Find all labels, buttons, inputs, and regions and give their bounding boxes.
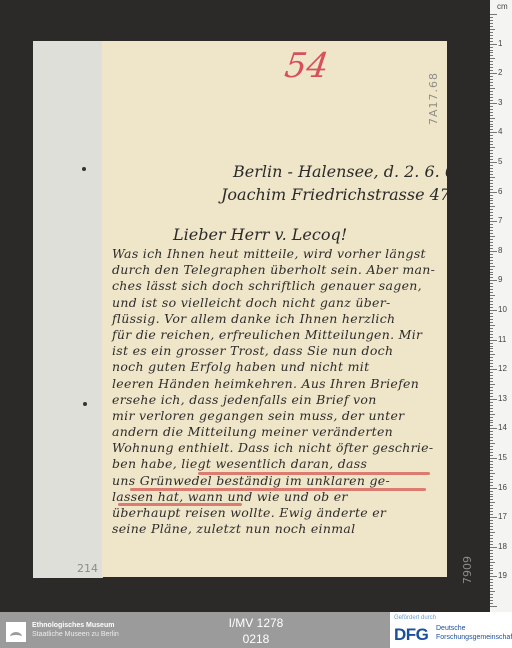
- ruler-tick: [490, 162, 497, 163]
- salutation: Lieber Herr v. Lecoq!: [173, 225, 347, 244]
- ruler-tick: [490, 547, 497, 548]
- ruler-tick: [490, 499, 493, 500]
- ruler-tick: [490, 174, 493, 175]
- ruler-tick: [490, 221, 497, 222]
- ruler-label: 16: [498, 483, 507, 492]
- ruler-tick: [490, 597, 493, 598]
- red-underline: [118, 503, 242, 506]
- ruler-label: 6: [498, 187, 502, 196]
- ruler-tick: [490, 165, 493, 166]
- ruler-tick: [490, 310, 497, 311]
- ruler-tick: [490, 372, 493, 373]
- body-line: durch den Telegraphen überholt sein. Abe…: [112, 262, 435, 278]
- ruler-tick: [490, 58, 495, 59]
- ruler-tick: [490, 277, 493, 278]
- ruler-tick: [490, 467, 493, 468]
- ruler-tick: [490, 272, 493, 273]
- ruler-tick: [490, 458, 497, 459]
- ruler-tick: [490, 180, 493, 181]
- funder-name-line1: Deutsche: [436, 625, 466, 632]
- ruler-tick: [490, 343, 493, 344]
- ruler-tick: [490, 538, 493, 539]
- ruler-tick: [490, 76, 493, 77]
- cm-ruler: cm 12345678910111213141516171819: [490, 0, 512, 612]
- ruler-tick: [490, 189, 493, 190]
- punch-hole: [82, 167, 86, 171]
- ruler-tick: [490, 437, 493, 438]
- ruler-tick: [490, 41, 493, 42]
- ruler-tick: [490, 443, 495, 444]
- ruler-tick: [490, 73, 497, 74]
- ruler-tick: [490, 420, 493, 421]
- ruler-tick: [490, 215, 493, 216]
- ruler-tick: [490, 585, 493, 586]
- body-line: ist es ein grosser Trost, dass Sie nun d…: [112, 343, 435, 359]
- ruler-label: 17: [498, 512, 507, 521]
- ruler-tick: [490, 488, 497, 489]
- ruler-tick: [490, 369, 497, 370]
- ruler-tick: [490, 319, 493, 320]
- ruler-tick: [490, 354, 495, 355]
- ruler-tick: [490, 283, 493, 284]
- ruler-tick: [490, 144, 493, 145]
- funder-name-line2: Forschungsgemeinschaft: [436, 634, 512, 641]
- ruler-tick: [490, 411, 493, 412]
- ruler-tick: [490, 85, 493, 86]
- body-line: Wohnung enthielt. Dass ich nicht öfter g…: [112, 440, 435, 456]
- ruler-tick: [490, 295, 495, 296]
- ruler-tick: [490, 44, 497, 45]
- folio-number: 54: [282, 46, 331, 86]
- ruler-tick: [490, 292, 493, 293]
- ruler-tick: [490, 582, 493, 583]
- ruler-tick: [490, 496, 493, 497]
- ruler-tick: [490, 470, 493, 471]
- ruler-tick: [490, 132, 497, 133]
- ruler-tick: [490, 491, 493, 492]
- body-line: ben habe, liegt wesentlich daran, dass: [112, 456, 435, 472]
- ruler-tick: [490, 357, 493, 358]
- ruler-tick: [490, 203, 493, 204]
- ruler-tick: [490, 200, 493, 201]
- ruler-tick: [490, 304, 493, 305]
- ruler-tick: [490, 334, 493, 335]
- ruler-tick: [490, 417, 493, 418]
- punch-hole: [83, 402, 87, 406]
- ruler-tick: [490, 348, 493, 349]
- ruler-tick: [490, 67, 493, 68]
- place-date: Berlin - Halensee, d. 2. 6. 05: [233, 162, 465, 181]
- ruler-tick: [490, 476, 493, 477]
- ruler-tick: [490, 206, 495, 207]
- ruler-tick: [490, 186, 493, 187]
- red-underline: [130, 488, 426, 491]
- body-line: uns Grünwedel beständig im unklaren ge-: [112, 473, 435, 489]
- body-line: leeren Händen heimkehren. Aus Ihren Brie…: [112, 376, 435, 392]
- archive-footer: Ethnologisches Museum Staatliche Museen …: [0, 612, 512, 648]
- ruler-tick: [490, 425, 493, 426]
- ruler-unit: cm: [497, 2, 508, 11]
- ruler-tick: [490, 103, 497, 104]
- ruler-tick: [490, 100, 493, 101]
- ruler-tick: [490, 97, 493, 98]
- ruler-tick: [490, 35, 493, 36]
- ruler-tick: [490, 23, 493, 24]
- ruler-tick: [490, 422, 493, 423]
- ruler-tick: [490, 227, 493, 228]
- ruler-tick: [490, 360, 493, 361]
- ruler-tick: [490, 328, 493, 329]
- ruler-tick: [490, 408, 493, 409]
- ruler-tick: [490, 192, 497, 193]
- ruler-tick: [490, 568, 493, 569]
- ruler-tick: [490, 224, 493, 225]
- mounting-strip: 214: [33, 41, 103, 578]
- ruler-tick: [490, 529, 493, 530]
- ruler-tick: [490, 449, 493, 450]
- ruler-tick: [490, 434, 493, 435]
- ruler-tick: [490, 316, 493, 317]
- ruler-tick: [490, 464, 493, 465]
- ruler-tick: [490, 473, 495, 474]
- ruler-label: 3: [498, 98, 502, 107]
- ruler-tick: [490, 479, 493, 480]
- letter-body: Was ich Ihnen heut mitteile, wird vorher…: [112, 246, 435, 537]
- body-line: noch guten Erfolg haben und nicht mit: [112, 359, 435, 375]
- ruler-tick: [490, 502, 495, 503]
- ruler-tick: [490, 17, 493, 18]
- ruler-tick: [490, 209, 493, 210]
- ruler-tick: [490, 556, 493, 557]
- dfg-logo-icon: DFG: [394, 625, 428, 645]
- ruler-tick: [490, 38, 493, 39]
- ruler-tick: [490, 29, 495, 30]
- ruler-tick: [490, 94, 493, 95]
- ruler-tick: [490, 565, 493, 566]
- ruler-tick: [490, 266, 495, 267]
- ruler-tick: [490, 414, 495, 415]
- ruler-tick: [490, 50, 493, 51]
- ruler-tick: [490, 570, 493, 571]
- ruler-tick: [490, 461, 493, 462]
- ruler-tick: [490, 508, 493, 509]
- ruler-tick: [490, 109, 493, 110]
- ruler-tick: [490, 402, 493, 403]
- ruler-tick: [490, 494, 493, 495]
- body-line: überhaupt reisen wollte. Ewig änderte er: [112, 505, 435, 521]
- ruler-tick: [490, 195, 493, 196]
- ruler-tick: [490, 322, 493, 323]
- ruler-tick: [490, 384, 495, 385]
- ruler-tick: [490, 147, 495, 148]
- ruler-tick: [490, 523, 493, 524]
- ruler-tick: [490, 588, 493, 589]
- ruler-tick: [490, 591, 495, 592]
- ruler-tick: [490, 112, 493, 113]
- ruler-tick: [490, 455, 493, 456]
- ruler-tick: [490, 340, 497, 341]
- ruler-tick: [490, 52, 493, 53]
- ruler-tick: [490, 301, 493, 302]
- ruler-tick: [490, 573, 493, 574]
- ruler-tick: [490, 260, 493, 261]
- ruler-tick: [490, 440, 493, 441]
- ruler-tick: [490, 47, 493, 48]
- ruler-label: 10: [498, 305, 507, 314]
- ruler-tick: [490, 248, 493, 249]
- ruler-label: 14: [498, 423, 507, 432]
- ruler-tick: [490, 171, 493, 172]
- ruler-tick: [490, 230, 493, 231]
- ruler-tick: [490, 177, 495, 178]
- ruler-tick: [490, 168, 493, 169]
- funding-label: Gefördert durch: [394, 615, 436, 621]
- ruler-tick: [490, 544, 493, 545]
- ruler-label: 18: [498, 542, 507, 551]
- ruler-tick: [490, 183, 493, 184]
- ruler-tick: [490, 14, 497, 15]
- ruler-tick: [490, 269, 493, 270]
- body-line: seine Pläne, zuletzt nun noch einmal: [112, 521, 435, 537]
- ruler-tick: [490, 233, 493, 234]
- ruler-tick: [490, 286, 493, 287]
- ruler-tick: [490, 576, 497, 577]
- ruler-tick: [490, 156, 493, 157]
- ruler-tick: [490, 212, 493, 213]
- ruler-tick: [490, 141, 493, 142]
- ruler-tick: [490, 236, 495, 237]
- ruler-tick: [490, 381, 493, 382]
- ruler-tick: [490, 514, 493, 515]
- ruler-tick: [490, 251, 497, 252]
- ruler-tick: [490, 594, 493, 595]
- body-line: für die reichen, erfreulichen Mitteilung…: [112, 327, 435, 343]
- ruler-tick: [490, 452, 493, 453]
- body-line: ches lässt sich doch schriftlich genauer…: [112, 278, 435, 294]
- ruler-tick: [490, 579, 493, 580]
- ruler-tick: [490, 263, 493, 264]
- ruler-tick: [490, 32, 493, 33]
- ruler-tick: [490, 121, 493, 122]
- body-line: andern die Mitteilung meiner veränderten: [112, 424, 435, 440]
- body-line: und ist so vielleicht doch nicht ganz üb…: [112, 295, 435, 311]
- ruler-tick: [490, 553, 493, 554]
- ruler-tick: [490, 511, 493, 512]
- ruler-tick: [490, 26, 493, 27]
- ruler-tick: [490, 126, 493, 127]
- ruler-tick: [490, 159, 493, 160]
- ruler-tick: [490, 61, 493, 62]
- ruler-tick: [490, 64, 493, 65]
- ruler-tick: [490, 331, 493, 332]
- ruler-tick: [490, 115, 493, 116]
- address: Joachim Friedrichstrasse 47.: [221, 185, 455, 204]
- corner-pencil-number: 7909: [461, 556, 474, 584]
- ruler-tick: [490, 135, 493, 136]
- ruler-tick: [490, 431, 493, 432]
- ruler-tick: [490, 138, 493, 139]
- ruler-tick: [490, 393, 493, 394]
- ruler-tick: [490, 280, 497, 281]
- ruler-tick: [490, 399, 497, 400]
- ruler-tick: [490, 274, 493, 275]
- ruler-tick: [490, 218, 493, 219]
- ruler-label: 7: [498, 216, 502, 225]
- ruler-tick: [490, 517, 497, 518]
- ruler-label: 9: [498, 275, 502, 284]
- body-line: ersehe ich, dass jedenfalls ein Brief vo…: [112, 392, 435, 408]
- ruler-tick: [490, 198, 493, 199]
- ruler-label: 5: [498, 157, 502, 166]
- ruler-tick: [490, 390, 493, 391]
- ruler-tick: [490, 606, 497, 607]
- ruler-tick: [490, 153, 493, 154]
- ruler-label: 11: [498, 335, 506, 344]
- ruler-tick: [490, 124, 493, 125]
- ruler-tick: [490, 375, 493, 376]
- body-line: Was ich Ihnen heut mitteile, wird vorher…: [112, 246, 435, 262]
- ruler-tick: [490, 257, 493, 258]
- ruler-label: 1: [498, 39, 502, 48]
- ruler-tick: [490, 396, 493, 397]
- ruler-label: 2: [498, 68, 502, 77]
- ruler-tick: [490, 150, 493, 151]
- body-line: flüssig. Vor allem danke ich Ihnen herzl…: [112, 311, 435, 327]
- ruler-tick: [490, 20, 493, 21]
- ruler-tick: [490, 325, 495, 326]
- ruler-tick: [490, 482, 493, 483]
- ruler-tick: [490, 405, 493, 406]
- ruler-tick: [490, 79, 493, 80]
- ruler-tick: [490, 428, 497, 429]
- body-line: mir verloren gegangen sein muss, der unt…: [112, 408, 435, 424]
- ruler-tick: [490, 313, 493, 314]
- ruler-tick: [490, 363, 493, 364]
- ruler-tick: [490, 106, 493, 107]
- ruler-tick: [490, 70, 493, 71]
- ruler-tick: [490, 129, 493, 130]
- ruler-tick: [490, 307, 493, 308]
- ruler-tick: [490, 298, 493, 299]
- ruler-tick: [490, 535, 493, 536]
- ruler-tick: [490, 346, 493, 347]
- ruler-label: 4: [498, 127, 502, 136]
- ruler-tick: [490, 239, 493, 240]
- ruler-label: 13: [498, 394, 507, 403]
- ruler-label: 15: [498, 453, 507, 462]
- ruler-tick: [490, 91, 493, 92]
- ruler-tick: [490, 541, 493, 542]
- ruler-tick: [490, 366, 493, 367]
- ruler-tick: [490, 446, 493, 447]
- ruler-tick: [490, 88, 495, 89]
- ruler-tick: [490, 485, 493, 486]
- ruler-tick: [490, 118, 495, 119]
- strip-pencil-number: 214: [77, 562, 98, 575]
- ruler-tick: [490, 337, 493, 338]
- ruler-tick: [490, 254, 493, 255]
- ruler-tick: [490, 559, 493, 560]
- ruler-tick: [490, 520, 493, 521]
- ruler-tick: [490, 526, 493, 527]
- ruler-label: 19: [498, 571, 507, 580]
- ruler-tick: [490, 55, 493, 56]
- ruler-tick: [490, 562, 495, 563]
- ruler-tick: [490, 351, 493, 352]
- red-underline: [198, 472, 430, 475]
- ruler-tick: [490, 242, 493, 243]
- ruler-tick: [490, 550, 493, 551]
- ruler-tick: [490, 600, 493, 601]
- ruler-tick: [490, 378, 493, 379]
- ruler-tick: [490, 245, 493, 246]
- ruler-label: 12: [498, 364, 507, 373]
- inventory-pencil-note: 7A17.68: [427, 72, 440, 125]
- ruler-tick: [490, 387, 493, 388]
- ruler-tick: [490, 532, 495, 533]
- ruler-tick: [490, 505, 493, 506]
- funder-panel: Gefördert durch DFG Deutsche Forschungsg…: [390, 612, 512, 648]
- ruler-tick: [490, 289, 493, 290]
- ruler-label: 8: [498, 246, 502, 255]
- ruler-tick: [490, 82, 493, 83]
- ruler-tick: [490, 603, 493, 604]
- scan-background: 214 54 7A17.68 Berlin - Halensee, d. 2. …: [0, 0, 490, 612]
